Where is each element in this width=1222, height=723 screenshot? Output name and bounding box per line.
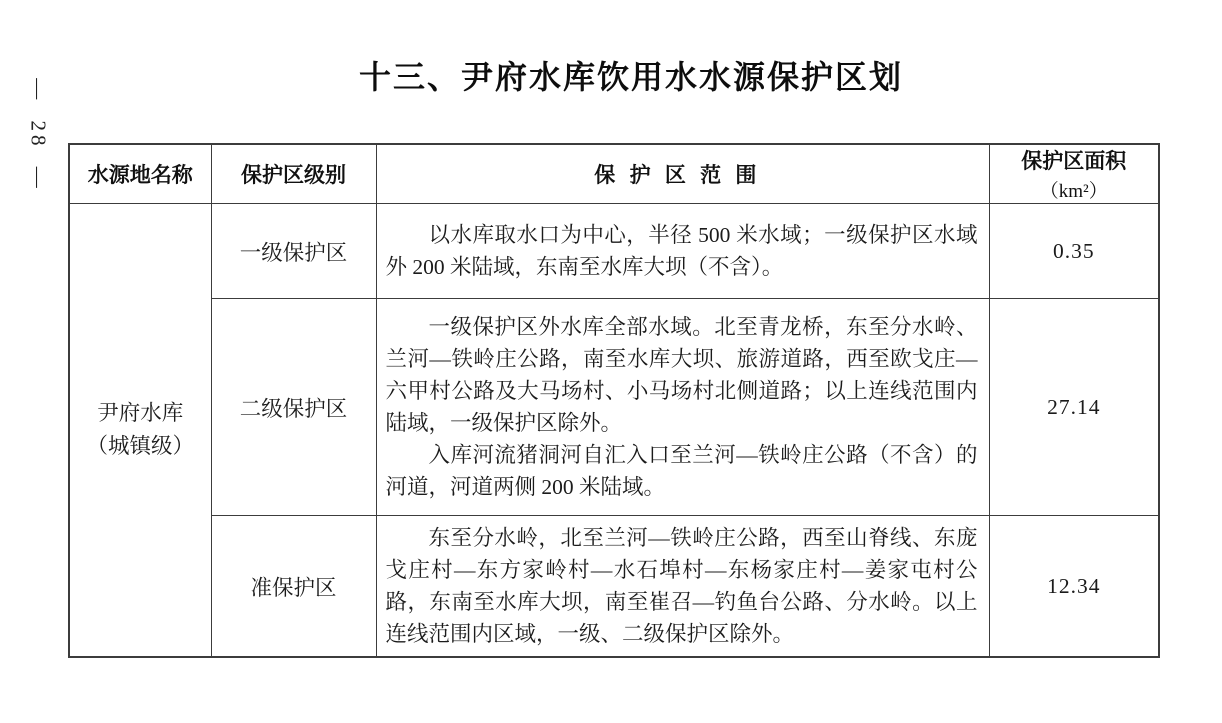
table-row-level3: 准保护区 东至分水岭，北至兰河—铁岭庄公路，西至山脊线、东庞戈庄村—东方家岭村—… — [69, 516, 1159, 658]
cell-area-2: 27.14 — [989, 299, 1159, 516]
column-header-area-label: 保护区面积 — [990, 145, 1159, 175]
column-header-source-name: 水源地名称 — [69, 144, 211, 204]
cell-level-3: 准保护区 — [211, 516, 376, 658]
table-header-row: 水源地名称 保护区级别 保护区范围 保护区面积 （km²） — [69, 144, 1159, 204]
column-header-area-unit: （km²） — [990, 176, 1159, 203]
cell-scope-3: 东至分水岭，北至兰河—铁岭庄公路，西至山脊线、东庞戈庄村—东方家岭村—水石埠村—… — [376, 516, 989, 658]
table-row-level1: 尹府水库 （城镇级） 一级保护区 以水库取水口为中心，半径 500 米水域；一级… — [69, 204, 1159, 299]
column-header-scope: 保护区范围 — [376, 144, 989, 204]
column-header-level: 保护区级别 — [211, 144, 376, 204]
cell-scope-2: 一级保护区外水库全部水域。北至青龙桥，东至分水岭、兰河—铁岭庄公路，南至水库大坝… — [376, 299, 989, 516]
cell-level-1: 一级保护区 — [211, 204, 376, 299]
cell-scope-1: 以水库取水口为中心，半径 500 米水域；一级保护区水域外 200 米陆域，东南… — [376, 204, 989, 299]
column-header-scope-label: 保护区范围 — [594, 164, 770, 187]
column-header-area: 保护区面积 （km²） — [989, 144, 1159, 204]
cell-area-1: 0.35 — [989, 204, 1159, 299]
scope-2-paragraph-1: 一级保护区外水库全部水域。北至青龙桥，东至分水岭、兰河—铁岭庄公路，南至水库大坝… — [386, 311, 978, 439]
source-name-line2: （城镇级） — [70, 430, 211, 463]
cell-source-name: 尹府水库 （城镇级） — [69, 204, 211, 658]
protection-zone-table: 水源地名称 保护区级别 保护区范围 保护区面积 （km²） 尹府水库 （城镇级）… — [68, 143, 1160, 658]
scope-3-paragraph-1: 东至分水岭，北至兰河—铁岭庄公路，西至山脊线、东庞戈庄村—东方家岭村—水石埠村—… — [386, 522, 978, 650]
scope-1-paragraph-1: 以水库取水口为中心，半径 500 米水域；一级保护区水域外 200 米陆域，东南… — [386, 219, 978, 283]
page-title: 十三、尹府水库饮用水水源保护区划 — [40, 52, 1222, 98]
source-name-line1: 尹府水库 — [70, 397, 211, 430]
cell-area-3: 12.34 — [989, 516, 1159, 658]
cell-level-2: 二级保护区 — [211, 299, 376, 516]
table-row-level2: 二级保护区 一级保护区外水库全部水域。北至青龙桥，东至分水岭、兰河—铁岭庄公路，… — [69, 299, 1159, 516]
scope-2-paragraph-2: 入库河流猪洞河自汇入口至兰河—铁岭庄公路（不含）的河道，河道两侧 200 米陆域… — [386, 439, 978, 503]
